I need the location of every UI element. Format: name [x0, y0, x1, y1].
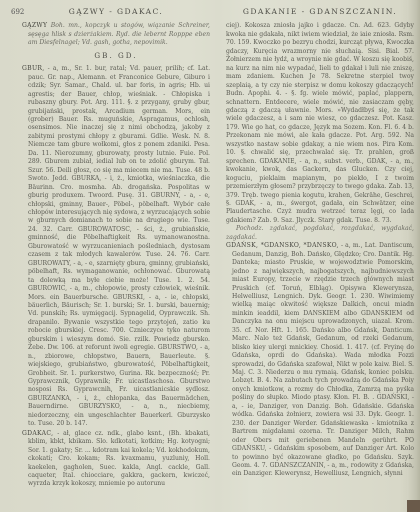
entry-gdakac: GDAKAC, - ał, glace cz. ndk., glabo ksnt… — [22, 430, 210, 489]
entry-gdakanie-derivatives: Pochodz. zgdakać, pogdakać, rozgdakać, w… — [226, 225, 414, 242]
entry-text: ciej). Kokosza zniosła jajko i gdacze. C… — [226, 22, 414, 223]
corner-mark — [407, 500, 420, 512]
right-column: GDAKANIE - GDANSZCZANIN. ciej). Kokosza … — [226, 8, 414, 479]
entry-text: - ał, glace cz. ndk., glabo ksnt., (Bh. … — [28, 430, 210, 488]
left-running-head: GĄZWY - GDAKAC. — [22, 8, 210, 16]
entry-gdakanie-continued: ciej). Kokosza zniosła jajko i gdacze. C… — [226, 22, 414, 225]
entry-gazwy: GĄZWY Boh. mn., kopczyk u stogów, wiązan… — [22, 22, 210, 47]
entry-lemma: GDAŃSK, *GDANSKO, *DANSKO, — [226, 242, 339, 249]
entry-lemma: GBUR, — [22, 65, 45, 72]
entry-text: Pochodz. zgdakać, pogdakać, rozgdakać, w… — [226, 225, 414, 240]
entry-gbur: GBUR, - a, m., Sr. 1. bur, ratal; Vd. pa… — [22, 65, 210, 428]
section-heading: GB. GD. — [22, 52, 210, 60]
entry-text: - a, m., Lat. Dantiscum, Gedanum, Danzig… — [232, 242, 414, 477]
entry-lemma: GĄZWY — [22, 22, 47, 29]
left-column: GĄZWY - GDAKAC. GĄZWY Boh. mn., kopczyk … — [22, 8, 210, 489]
right-running-head: GDAKANIE - GDANSZCZANIN. — [226, 8, 414, 16]
entry-gdansk: GDAŃSK, *GDANSKO, *DANSKO, - a, m., Lat.… — [226, 242, 414, 479]
entry-text: - a, m., Sr. 1. bur, ratal; Vd. pauer, p… — [28, 65, 210, 427]
entry-lemma: GDAKAC, — [22, 430, 53, 437]
entry-text: Boh. mn., kopczyk u stogów, wiązanie Sch… — [28, 22, 210, 46]
